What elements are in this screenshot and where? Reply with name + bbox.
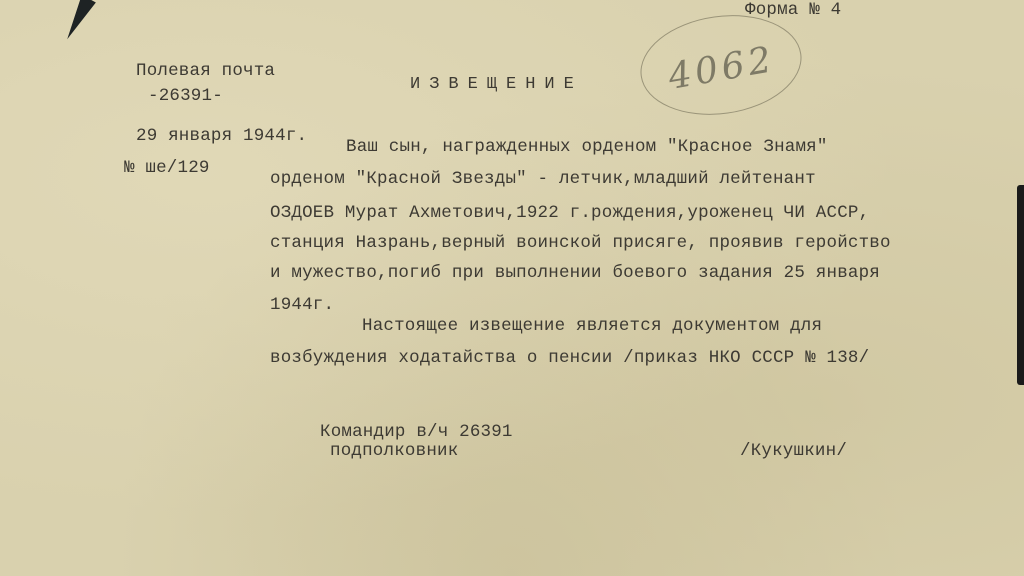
signature-name: /Кукушкин/: [740, 443, 847, 461]
notice-line: возбуждения ходатайства о пенсии /приказ…: [270, 350, 869, 368]
body-line: 1944г.: [270, 297, 334, 315]
field-post-label: Полевая почта: [136, 63, 275, 81]
form-label: Форма № 4: [745, 2, 841, 20]
corner-mark: [60, 0, 96, 43]
notice-line: Настоящее извещение является документом …: [362, 318, 822, 336]
body-line: ОЗДОЕВ Мурат Ахметович,1922 г.рождения,у…: [270, 205, 869, 223]
reference-number: № ше/129: [124, 160, 210, 178]
body-line: и мужество,погиб при выполнении боевого …: [270, 265, 880, 283]
field-post-number: -26391-: [148, 88, 223, 106]
document-date: 29 января 1944г.: [136, 128, 307, 146]
body-line: Ваш сын, награжденных орденом "Красное З…: [346, 139, 828, 157]
body-line: станция Назрань,верный воинской присяге,…: [270, 235, 891, 253]
signature-role: Командир в/ч 26391: [320, 424, 513, 442]
signature-rank: подполковник: [330, 443, 458, 461]
body-line: орденом "Красной Звезды" - летчик,младши…: [270, 171, 816, 189]
page-edge-shadow: [1017, 185, 1024, 385]
document-title: ИЗВЕЩЕНИЕ: [410, 76, 583, 93]
